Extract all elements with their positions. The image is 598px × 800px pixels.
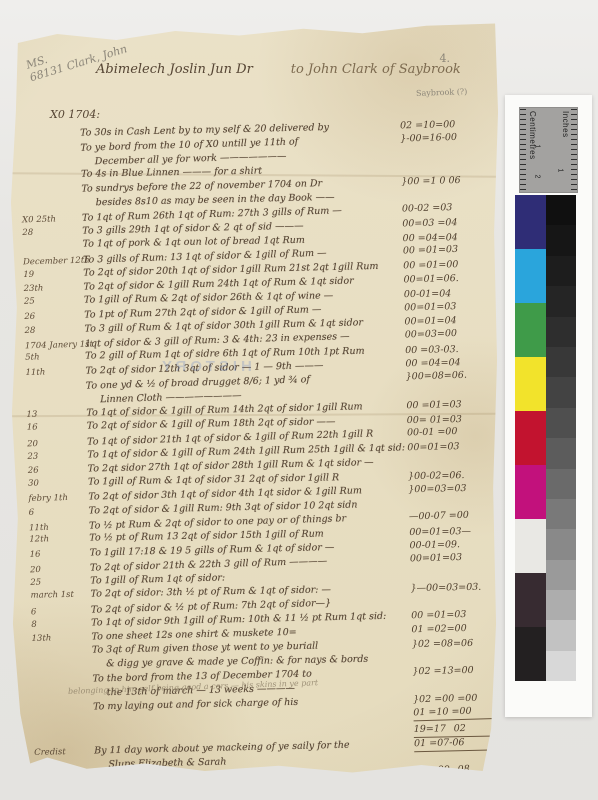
entry-amount: 00=01=06. (403, 271, 499, 287)
gray-step (546, 408, 576, 438)
gray-step (546, 377, 576, 407)
gray-step (546, 560, 576, 590)
entry-date: 6 (29, 505, 89, 520)
ruler: Centimetres Inches 1 2 1 (519, 107, 578, 193)
ledger-title: Abimelech Joslin Jun Drto John Clark of … (96, 62, 461, 77)
gray-step (546, 347, 576, 377)
entry-date: 5th (25, 350, 85, 365)
entry-amount: 01 =02=00 (411, 621, 507, 637)
year-heading: X0 1704: (50, 108, 100, 121)
color-patch (515, 249, 546, 303)
entry-amount: 00=03=00 (405, 326, 501, 343)
entry-amount: 00=01=03 (407, 439, 503, 455)
entry-text: To 3qt of Rum given those yt went to ye … (92, 638, 412, 672)
color-calibration-card: Centimetres Inches 1 2 1 (505, 95, 592, 717)
entry-amount: 19=17 02 (414, 721, 510, 738)
title-creditor: to John Clark of Saybrook (291, 62, 461, 77)
entry-date (35, 774, 95, 776)
entry-amount: 00=03 =04 (402, 215, 498, 231)
entry-date: 12th (29, 532, 89, 547)
entry-amount: 13= 99 08 (414, 762, 510, 779)
ruler-label-inches: Inches (561, 111, 570, 138)
grayscale-column (546, 195, 576, 681)
pencil-saybrook-note: Saybrook (?) (416, 87, 468, 98)
entry-amount: 00 =03-03. (405, 342, 501, 358)
entry-date: X0 25th (22, 212, 82, 228)
entry-date (33, 700, 93, 701)
entry-date: 20 (27, 436, 87, 452)
entry-amount (401, 160, 497, 162)
entry-date: 16 (27, 420, 87, 435)
entry-date (33, 716, 93, 718)
ruler-number-cm-2: 2 (533, 175, 540, 179)
entry-amount: 00=01=03 (410, 550, 506, 567)
entry-date (20, 142, 80, 144)
entry-date (34, 729, 94, 730)
gray-step (546, 529, 576, 559)
color-patch (515, 357, 546, 411)
entry-amount: 00=01=03— (409, 524, 505, 540)
entry-amount: 00 =01=03 (403, 242, 499, 259)
ruler-cm-ticks (520, 109, 526, 191)
entry-date (32, 644, 92, 645)
entry-amount: }02 =08=06 (412, 636, 508, 652)
gray-step (546, 469, 576, 499)
gray-step (546, 317, 576, 347)
color-patch (515, 627, 546, 681)
gray-step (546, 195, 576, 225)
ruler-number-inch-1: 1 (557, 169, 564, 173)
entry-amount: 00 =01=03 (406, 397, 502, 413)
gray-step (546, 438, 576, 468)
gray-step (546, 286, 576, 316)
color-patch (515, 303, 546, 357)
color-patch (515, 195, 546, 249)
entry-date (21, 183, 81, 184)
entry-date: 26 (24, 309, 84, 324)
entry-amount: 00-01=04 (404, 286, 500, 302)
entry-date (32, 672, 92, 673)
entry-date: December 12th (23, 254, 83, 270)
gray-step (546, 499, 576, 529)
entry-date: 6 (31, 604, 91, 620)
gray-step (546, 225, 576, 255)
entry-date: 16 (30, 547, 90, 562)
entry-date: 11th (25, 365, 85, 380)
gray-step (546, 620, 576, 650)
entry-amount: 01 =10 =00 (413, 704, 509, 722)
ruler-inch-ticks (571, 109, 577, 191)
entry-amount: —00-07 =00 (409, 508, 505, 525)
entry-date: march 1st (30, 588, 90, 603)
entry-amount: }00-02=06. (408, 468, 504, 484)
entry-date (26, 380, 86, 382)
ink-showthrough-text: HISTORY (158, 358, 252, 375)
entry-amount: }-00=16-00 (400, 130, 496, 147)
entry-amount: 00-01 =00 (407, 424, 503, 441)
color-column (515, 195, 546, 681)
entry-date: febry 1th (28, 491, 88, 506)
entry-amount: 00-02 =03 (402, 200, 498, 217)
manuscript-page: MS. 68131 Clark, John 4. Abimelech Josli… (8, 22, 500, 774)
entry-date (20, 127, 80, 128)
color-patch (515, 465, 546, 519)
color-patch (515, 573, 546, 627)
entry-date (23, 238, 83, 239)
entry-date (21, 168, 81, 169)
ruler-label-centimetres: Centimetres (528, 111, 537, 160)
title-debtor: Abimelech Joslin Jun Dr (96, 62, 253, 77)
entry-amount: }00=08=06. (406, 368, 502, 385)
entry-date: 28 (24, 323, 84, 338)
ruler-number-cm-1: 1 (533, 145, 540, 149)
gray-step (546, 590, 576, 620)
entry-date: 25 (24, 294, 84, 309)
color-patch (515, 411, 546, 465)
gray-step (546, 256, 576, 286)
entry-date: 20 (30, 562, 90, 578)
entry-date: Credist (34, 744, 94, 759)
color-patch (515, 519, 546, 573)
entry-date: 30 (28, 476, 88, 491)
gray-step (546, 651, 576, 681)
patch-columns (515, 195, 576, 681)
